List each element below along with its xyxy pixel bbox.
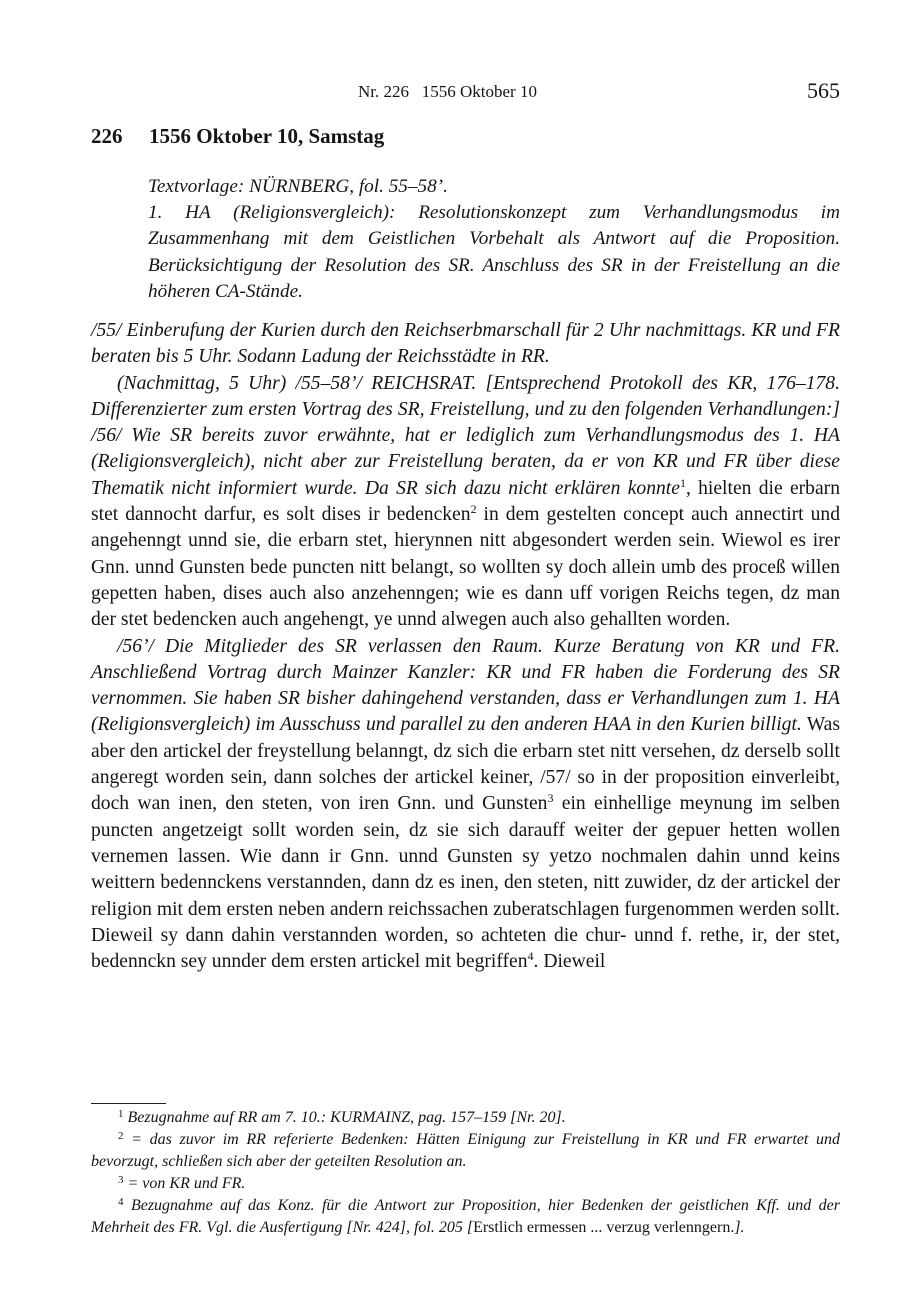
footnote-1: 1 Bezugnahme auf RR am 7. 10.: KURMAINZ,… bbox=[91, 1107, 840, 1129]
page-number: 565 bbox=[807, 78, 840, 104]
paragraph-2: (Nachmittag, 5 Uhr) /55–58’/ REICHSRAT. … bbox=[91, 371, 840, 634]
regest-summary: 1. HA (Religionsvergleich): Resolutionsk… bbox=[148, 200, 840, 305]
document-heading: 2261556 Oktober 10, Samstag bbox=[91, 124, 384, 149]
footnote-text: = das zuvor im RR referierte Bedenken: H… bbox=[91, 1131, 840, 1170]
editorial-summary: /56’/ Die Mitglieder des SR verlassen de… bbox=[91, 636, 840, 736]
footnote-mark: 4 bbox=[118, 1196, 124, 1208]
running-head: Nr. 226 1556 Oktober 10 565 bbox=[0, 78, 900, 108]
source-note: Textvorlage: NÜRNBERG, fol. 55–58’. bbox=[148, 174, 840, 200]
footnote-4: 4 Bezugnahme auf das Konz. für die Antwo… bbox=[91, 1195, 840, 1239]
footnote-mark: 3 bbox=[118, 1174, 124, 1186]
main-text: /55/ Einberufung der Kurien durch den Re… bbox=[91, 318, 840, 975]
footnote-mark: 2 bbox=[118, 1130, 124, 1142]
document-date-title: 1556 Oktober 10, Samstag bbox=[149, 124, 384, 148]
footnote-2: 2 = das zuvor im RR referierte Bedenken:… bbox=[91, 1129, 840, 1173]
footnote-text-end: ]. bbox=[734, 1219, 744, 1236]
document-number: 226 bbox=[91, 124, 149, 149]
footnote-text: Bezugnahme auf RR am 7. 10.: KURMAINZ, p… bbox=[128, 1109, 566, 1126]
paragraph-1: /55/ Einberufung der Kurien durch den Re… bbox=[91, 318, 840, 371]
source-text: . Dieweil bbox=[534, 951, 606, 972]
source-text: ein einhellige meynung im selben puncten… bbox=[91, 793, 840, 972]
footnote-3: 3 = von KR und FR. bbox=[91, 1173, 840, 1195]
footnote-quote: Erstlich ermessen ... verzug verlenngern… bbox=[473, 1219, 734, 1236]
regest: Textvorlage: NÜRNBERG, fol. 55–58’. 1. H… bbox=[148, 174, 840, 305]
footnote-text: = von KR und FR. bbox=[128, 1175, 246, 1192]
paragraph-3: /56’/ Die Mitglieder des SR verlassen de… bbox=[91, 634, 840, 976]
footnote-divider bbox=[91, 1103, 166, 1104]
footnote-mark: 1 bbox=[118, 1108, 124, 1120]
footnotes: 1 Bezugnahme auf RR am 7. 10.: KURMAINZ,… bbox=[91, 1107, 840, 1239]
running-head-title: Nr. 226 1556 Oktober 10 bbox=[358, 82, 537, 102]
